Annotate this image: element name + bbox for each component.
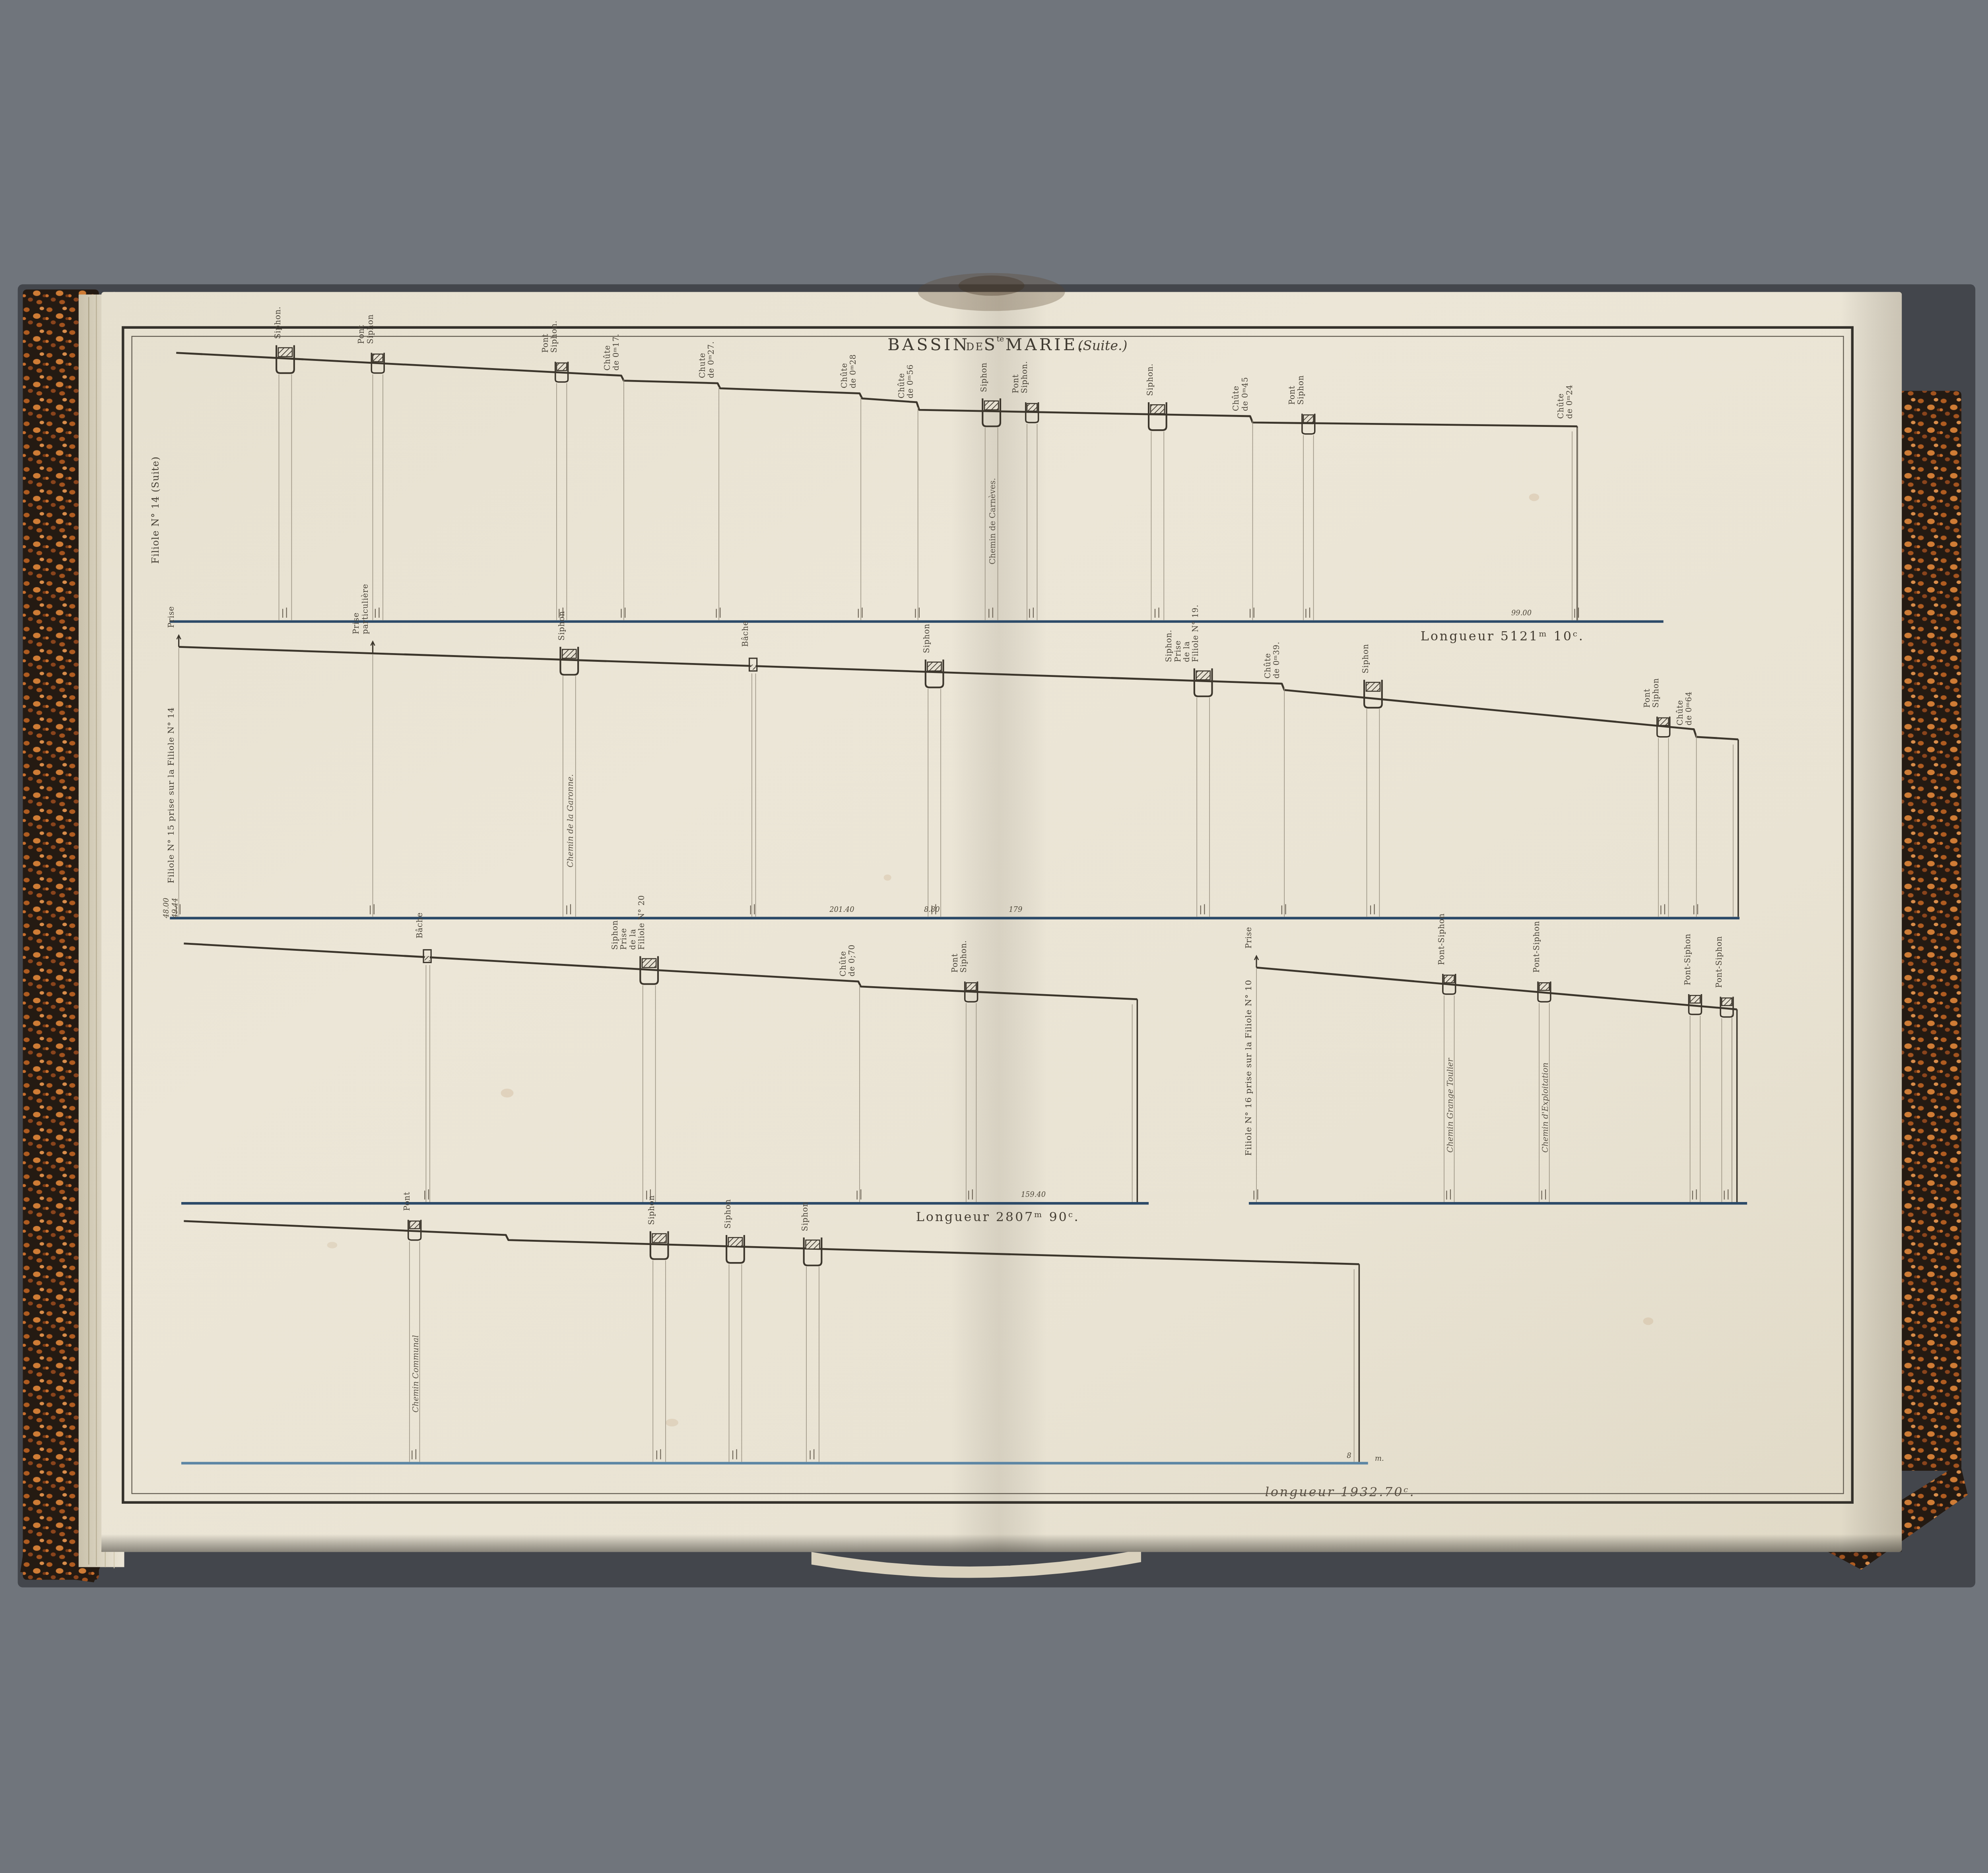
pont-siphon-block bbox=[1690, 995, 1701, 1003]
structure-label: Siphon. bbox=[273, 306, 282, 339]
structure-label: Pont bbox=[950, 954, 959, 973]
marbled-cover-right bbox=[1898, 391, 1961, 1471]
top-center-stain bbox=[959, 275, 1025, 296]
structure-label: Pont-Siphon bbox=[1683, 933, 1692, 985]
distance-mark: 201.40 bbox=[829, 905, 854, 914]
title-word-te: te bbox=[996, 334, 1004, 343]
structure-label: Pont-Siphon bbox=[1437, 913, 1446, 965]
title-word-bassin: BASSIN bbox=[887, 335, 970, 354]
center-fold-shadow bbox=[951, 292, 1047, 1552]
foxing-spot bbox=[327, 1242, 338, 1249]
structure-label: de la bbox=[628, 929, 637, 950]
structure-label: Pont bbox=[541, 333, 550, 353]
siphon-block bbox=[642, 959, 656, 968]
distance-mark: 48.00 bbox=[162, 898, 171, 919]
structure-label: Prise bbox=[1173, 640, 1182, 662]
pont-siphon-block bbox=[1722, 998, 1732, 1006]
title-word-s: S bbox=[984, 335, 998, 354]
structure-label: Chûte bbox=[1231, 386, 1241, 411]
title-word-marie: MARIE. bbox=[1006, 335, 1086, 354]
structure-label: de 0ᵐ17. bbox=[612, 333, 621, 370]
structure-label: Siphon bbox=[979, 363, 988, 392]
structure-label: Siphon. bbox=[549, 320, 559, 353]
profile4-side-label: Filiole N° 16 prise sur la Filiole N° 10 bbox=[1243, 979, 1253, 1156]
structure-label: de 0ᵐ39. bbox=[1272, 642, 1281, 679]
siphon-block bbox=[728, 1237, 742, 1246]
siphon-block bbox=[1151, 405, 1165, 413]
structure-label: de la bbox=[1182, 641, 1191, 662]
road-label-handwritten: Chemin Grange Toulier bbox=[1445, 1058, 1455, 1153]
structure-label: Siphon bbox=[1296, 375, 1305, 405]
structure-label: de 0ᵐ64 bbox=[1684, 691, 1693, 725]
pont-siphon-block bbox=[373, 354, 383, 362]
structure-label: Pont bbox=[357, 325, 366, 344]
structure-label: de 0ᵐ27. bbox=[707, 341, 716, 378]
profile3-length-label: Longueur 2807ᵐ 90ᶜ. bbox=[916, 1209, 1080, 1224]
structure-label: de 0ᵐ56 bbox=[906, 364, 915, 398]
structure-label: Siphon bbox=[922, 624, 931, 653]
pont-siphon-block bbox=[410, 1221, 420, 1229]
siphon-block bbox=[984, 401, 998, 410]
structure-label: Siphon bbox=[647, 1195, 656, 1225]
distance-mark: 99.00 bbox=[1511, 609, 1532, 617]
siphon-block bbox=[928, 662, 942, 671]
structure-label: Siphon. bbox=[610, 917, 619, 950]
structure-label: Siphon. bbox=[1145, 363, 1155, 396]
structure-label: Siphon bbox=[1361, 644, 1370, 674]
structure-label: Chûte bbox=[840, 363, 849, 388]
siphon-block bbox=[806, 1240, 819, 1249]
structure-label: Prise bbox=[167, 606, 176, 628]
road-label: Chemin de Carnèves. bbox=[988, 478, 997, 564]
right-edge-shadow bbox=[1841, 292, 1902, 1552]
foxing-spot bbox=[884, 874, 891, 880]
structure-label: Chûte bbox=[1675, 700, 1685, 725]
structure-label: Pont-Siphon bbox=[1532, 921, 1541, 972]
distance-mark: 179 bbox=[1009, 905, 1022, 914]
siphon-block bbox=[652, 1234, 666, 1243]
profile2-side-label: Filiole N° 15 prise sur la Filiole N° 14 bbox=[166, 707, 176, 883]
structure-label: particulière bbox=[361, 584, 370, 634]
structure-label: Filiole N° 20 bbox=[637, 895, 646, 950]
pont-siphon-block bbox=[1444, 975, 1454, 983]
structure-label: Pont bbox=[402, 1192, 412, 1211]
structure-label: Siphon. bbox=[1164, 630, 1173, 662]
distance-mark: 8.80 bbox=[924, 905, 940, 914]
bache-hatch bbox=[751, 665, 756, 670]
road-label-handwritten: Chemin d'Exploitation bbox=[1540, 1063, 1550, 1153]
structure-label: Pont-Siphon bbox=[1714, 936, 1724, 988]
structure-label: Prise bbox=[351, 613, 361, 634]
pont-siphon-block bbox=[1658, 718, 1669, 725]
profile1-side-label: Filiole N° 14 (Suite) bbox=[150, 456, 161, 564]
foxing-spot bbox=[666, 1419, 678, 1426]
distance-mark: 49.44 bbox=[171, 898, 179, 919]
profile5-length-label-handwritten: longueur 1932.70ᶜ. bbox=[1265, 1484, 1415, 1499]
structure-label: Chûte bbox=[1556, 393, 1565, 419]
structure-label: Siphon bbox=[366, 314, 375, 344]
structure-label: Pont bbox=[1011, 374, 1020, 393]
structure-label: Siphon bbox=[1651, 678, 1660, 708]
distance-mark: 159.40 bbox=[1021, 1190, 1046, 1199]
structure-label: Chûte bbox=[839, 951, 848, 976]
foxing-spot bbox=[501, 1089, 514, 1097]
structure-label: Bâche bbox=[415, 912, 424, 938]
structure-label: de 0;70 bbox=[847, 944, 856, 977]
siphon-block bbox=[562, 650, 576, 658]
structure-label: de 0ᵐ45 bbox=[1241, 377, 1250, 411]
siphon-block bbox=[278, 348, 292, 357]
structure-label: Siphon bbox=[800, 1202, 810, 1231]
road-label-handwritten: Chemin de la Garonne. bbox=[565, 774, 575, 868]
pont-siphon-block bbox=[557, 363, 567, 370]
pont-siphon-block bbox=[966, 983, 977, 990]
bache-hatch bbox=[425, 956, 430, 961]
title-word-suite: (Suite.) bbox=[1077, 338, 1127, 353]
scanned-atlas-page: BASSIN DE S te MARIE. (Suite.) Filiole N… bbox=[0, 0, 1988, 1873]
distance-mark: 8 bbox=[1347, 1452, 1351, 1460]
siphon-block bbox=[1366, 683, 1380, 691]
structure-label: Chûte bbox=[1263, 653, 1272, 679]
structure-label: Pont bbox=[1287, 386, 1297, 405]
distance-mark: m. bbox=[1375, 1454, 1384, 1463]
structure-label: Siphon bbox=[557, 611, 566, 641]
structure-label: Siphon. bbox=[1020, 361, 1029, 394]
structure-label: Bâche bbox=[741, 621, 750, 647]
structure-label: Filiole N° 19. bbox=[1191, 605, 1200, 662]
pont-siphon-block bbox=[1539, 983, 1549, 990]
bottom-edge-shadow bbox=[101, 1534, 1902, 1552]
foxing-spot bbox=[1643, 1317, 1654, 1325]
structure-label: Chute bbox=[698, 353, 707, 378]
structure-label: de 0ᵐ24 bbox=[1565, 384, 1574, 419]
profile1-length-label: Longueur 5121ᵐ 10ᶜ. bbox=[1421, 628, 1584, 644]
structure-label: Siphon. bbox=[959, 940, 968, 973]
structure-label: Siphon bbox=[723, 1199, 732, 1229]
structure-label: Pont bbox=[1642, 688, 1652, 708]
structure-label: Prise bbox=[619, 928, 628, 950]
structure-label: Prise bbox=[1244, 927, 1253, 948]
title-word-de: DE bbox=[966, 341, 984, 353]
structure-label: Chûte bbox=[897, 373, 906, 398]
pont-siphon-block bbox=[1303, 415, 1314, 423]
structure-label: de 0ᵐ28 bbox=[848, 354, 858, 388]
foxing-spot bbox=[1529, 494, 1540, 501]
siphon-block bbox=[1196, 671, 1210, 680]
road-label-handwritten: Chemin Communal bbox=[411, 1335, 420, 1413]
structure-label: Chûte bbox=[603, 345, 612, 370]
pont-siphon-block bbox=[1027, 403, 1037, 411]
